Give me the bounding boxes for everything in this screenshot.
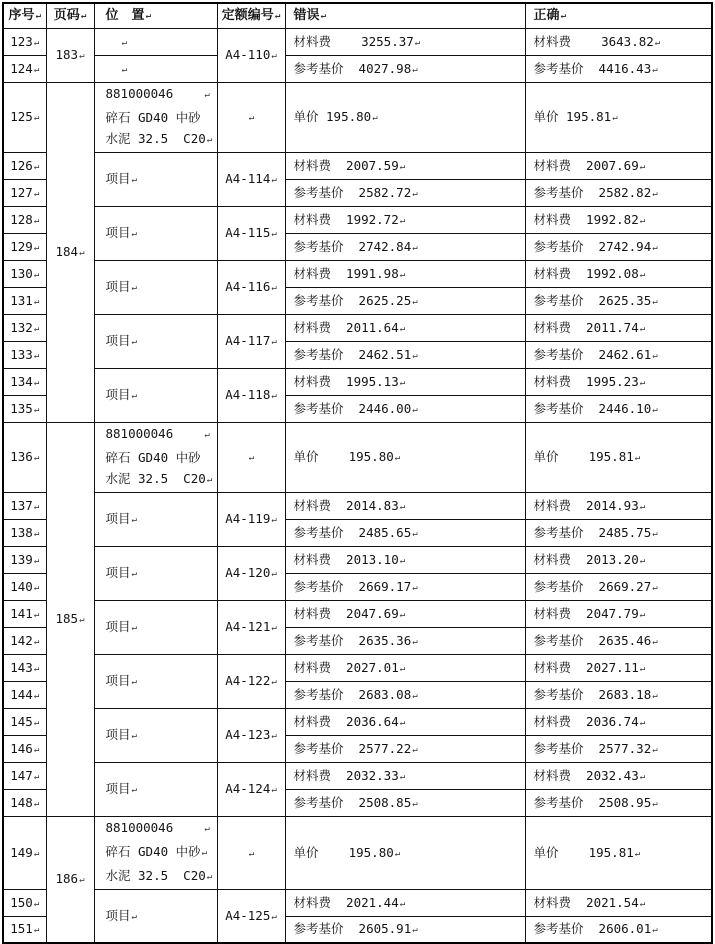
header-cell-seq: 序号↵ <box>3 3 46 28</box>
pilcrow-mark: ↵ <box>400 162 405 172</box>
cell-seq: 126↵ <box>3 152 46 179</box>
cell-line: 材料费 2047.79↵ <box>534 605 712 623</box>
cell-seq: 134↵ <box>3 368 46 395</box>
cell-cor: 参考基价 2582.82↵ <box>525 179 712 206</box>
cell-cor: 材料费 2032.43↵ <box>525 762 712 789</box>
cell-line: 材料费 2032.43↵ <box>534 767 712 785</box>
pilcrow-mark: ↵ <box>34 65 39 75</box>
cell-line: 185↵ <box>47 610 94 628</box>
cell-line: 143↵ <box>4 659 46 677</box>
table-header: 序号↵页码↵位 置↵定额编号↵错误↵正确↵ <box>3 3 712 28</box>
cell-code: A4-110↵ <box>217 28 285 82</box>
cell-line: 126↵ <box>4 157 46 175</box>
cell-line: A4-121↵ <box>218 618 285 636</box>
cell-line: 参考基价 2582.82↵ <box>534 184 712 202</box>
errata-table: 序号↵页码↵位 置↵定额编号↵错误↵正确↵ 123↵183↵ ↵A4-110↵材… <box>2 2 713 925</box>
cell-line: 碎石 GD40 中砂 <box>106 447 217 468</box>
table-row: 139↵项目↵A4-120↵材料费 2013.10↵材料费 2013.20↵ <box>3 546 712 573</box>
table-row: 149↵186↵881000046 ↵碎石 GD40 中砂↵水泥 32.5 C2… <box>3 816 712 889</box>
cell-seq: 143↵ <box>3 654 46 681</box>
cell-seq: 124↵ <box>3 55 46 82</box>
header-row: 序号↵页码↵位 置↵定额编号↵错误↵正确↵ <box>3 3 712 28</box>
pilcrow-mark: ↵ <box>34 216 39 226</box>
cell-line: 参考基价 2683.18↵ <box>534 686 712 704</box>
pilcrow-mark: ↵ <box>34 162 39 172</box>
pilcrow-mark: ↵ <box>34 189 39 199</box>
cell-seq: 135↵ <box>3 395 46 422</box>
pilcrow-mark: ↵ <box>372 113 377 123</box>
table-row: 123↵183↵ ↵A4-110↵材料费 3255.37↵材料费 3643.82… <box>3 28 712 55</box>
pilcrow-mark: ↵ <box>271 731 276 741</box>
cell-line: 参考基价 2485.75↵ <box>534 524 712 542</box>
cell-err: 参考基价 2625.25↵ <box>285 287 525 314</box>
cell-line: A4-124↵ <box>218 780 285 798</box>
cell-code: A4-116↵ <box>217 260 285 314</box>
cell-line: 147↵ <box>4 767 46 785</box>
cell-line: 材料费 1995.23↵ <box>534 373 712 391</box>
cell-line: 材料费 2011.74↵ <box>534 319 712 337</box>
pilcrow-mark: ↵ <box>122 65 127 75</box>
pilcrow-mark: ↵ <box>271 569 276 579</box>
pilcrow-mark: ↵ <box>271 51 276 61</box>
cell-line: 材料费 2007.69↵ <box>534 157 712 175</box>
pilcrow-mark: ↵ <box>640 610 645 620</box>
cell-err: 参考基价 2577.22↵ <box>285 735 525 762</box>
cell-line: 水泥 32.5 C20↵ <box>106 128 217 152</box>
pilcrow-mark: ↵ <box>132 337 137 347</box>
header-cell-page: 页码↵ <box>46 3 94 28</box>
cell-line: 单价 195.81↵ <box>534 448 712 466</box>
pilcrow-mark: ↵ <box>132 175 137 185</box>
cell-seq: 141↵ <box>3 600 46 627</box>
cell-line: 材料费 2014.93↵ <box>534 497 712 515</box>
cell-line: 131↵ <box>4 292 46 310</box>
cell-loc: 项目↵ <box>94 762 217 816</box>
pilcrow-mark: ↵ <box>400 610 405 620</box>
cell-line: A4-115↵ <box>218 224 285 242</box>
cell-err: 参考基价 2485.65↵ <box>285 519 525 546</box>
cell-err: 参考基价 2582.72↵ <box>285 179 525 206</box>
cell-cor: 材料费 2047.79↵ <box>525 600 712 627</box>
cell-line: 参考基价 2508.95↵ <box>534 794 712 812</box>
pilcrow-mark: ↵ <box>271 175 276 185</box>
cell-loc: 项目↵ <box>94 600 217 654</box>
cell-line: 881000046 ↵ <box>106 423 217 447</box>
pilcrow-mark: ↵ <box>34 529 39 539</box>
pilcrow-mark: ↵ <box>132 677 137 687</box>
cell-line: 材料费 2036.74↵ <box>534 713 712 731</box>
table-row: 128↵项目↵A4-115↵材料费 1992.72↵材料费 1992.82↵ <box>3 206 712 233</box>
cell-cor: 参考基价 2635.46↵ <box>525 627 712 654</box>
cell-line: A4-125↵ <box>218 907 285 925</box>
cell-line: 序号↵ <box>4 7 46 25</box>
pilcrow-mark: ↵ <box>412 637 417 647</box>
pilcrow-mark: ↵ <box>249 453 254 463</box>
pilcrow-mark: ↵ <box>412 243 417 253</box>
pilcrow-mark: ↵ <box>400 270 405 280</box>
cell-page: 185↵ <box>46 422 94 816</box>
pilcrow-mark: ↵ <box>275 11 280 21</box>
pilcrow-mark: ↵ <box>412 529 417 539</box>
cell-line: 881000046 ↵ <box>106 817 217 841</box>
cell-line: 参考基价 2669.27↵ <box>534 578 712 596</box>
pilcrow-mark: ↵ <box>412 799 417 809</box>
cell-line: 参考基价 2669.17↵ <box>294 578 525 596</box>
table-row: 134↵项目↵A4-118↵材料费 1995.13↵材料费 1995.23↵ <box>3 368 712 395</box>
cell-loc: ↵ <box>94 55 217 82</box>
table-row: 130↵项目↵A4-116↵材料费 1991.98↵材料费 1992.08↵ <box>3 260 712 287</box>
cell-line: 项目↵ <box>106 618 217 636</box>
cell-line: 材料费 2013.20↵ <box>534 551 712 569</box>
cell-line: 184↵ <box>47 243 94 261</box>
cell-code: A4-124↵ <box>217 762 285 816</box>
cell-cor: 材料费 3643.82↵ <box>525 28 712 55</box>
cell-code: A4-115↵ <box>217 206 285 260</box>
cell-cor: 参考基价 2683.18↵ <box>525 681 712 708</box>
cell-line: 137↵ <box>4 497 46 515</box>
pilcrow-mark: ↵ <box>34 583 39 593</box>
pilcrow-mark: ↵ <box>640 270 645 280</box>
cell-line: 正确↵ <box>534 7 712 25</box>
cell-cor: 参考基价 2669.27↵ <box>525 573 712 600</box>
pilcrow-mark: ↵ <box>655 38 660 48</box>
cell-line: 材料费 1992.82↵ <box>534 211 712 229</box>
cell-err: 材料费 2014.83↵ <box>285 492 525 519</box>
pilcrow-mark: ↵ <box>412 583 417 593</box>
cell-line: 材料费 2021.44↵ <box>294 894 525 912</box>
pilcrow-mark: ↵ <box>249 113 254 123</box>
pilcrow-mark: ↵ <box>561 11 566 21</box>
pilcrow-mark: ↵ <box>132 391 137 401</box>
pilcrow-mark: ↵ <box>34 502 39 512</box>
pilcrow-mark: ↵ <box>412 297 417 307</box>
pilcrow-mark: ↵ <box>34 270 39 280</box>
pilcrow-mark: ↵ <box>34 243 39 253</box>
cell-seq: 137↵ <box>3 492 46 519</box>
cell-seq: 145↵ <box>3 708 46 735</box>
cell-seq: 146↵ <box>3 735 46 762</box>
cell-line: 项目↵ <box>106 780 217 798</box>
cell-err: 材料费 1991.98↵ <box>285 260 525 287</box>
pilcrow-mark: ↵ <box>640 324 645 334</box>
cell-line: 参考基价 2582.72↵ <box>294 184 525 202</box>
cell-seq: 144↵ <box>3 681 46 708</box>
pilcrow-mark: ↵ <box>412 351 417 361</box>
cell-cor: 材料费 2014.93↵ <box>525 492 712 519</box>
cell-line: 材料费 1992.08↵ <box>534 265 712 283</box>
pilcrow-mark: ↵ <box>34 378 39 388</box>
cell-loc: ↵ <box>94 28 217 55</box>
cell-line: A4-114↵ <box>218 170 285 188</box>
pilcrow-mark: ↵ <box>412 65 417 75</box>
header-cell-cor: 正确↵ <box>525 3 712 28</box>
pilcrow-mark: ↵ <box>400 899 405 909</box>
cell-err: 单价 195.80↵ <box>285 422 525 492</box>
pilcrow-mark: ↵ <box>400 378 405 388</box>
pilcrow-mark: ↵ <box>321 11 326 21</box>
pilcrow-mark: ↵ <box>132 912 137 922</box>
pilcrow-mark: ↵ <box>79 615 84 625</box>
header-cell-code: 定额编号↵ <box>217 3 285 28</box>
cell-code: A4-120↵ <box>217 546 285 600</box>
cell-seq: 128↵ <box>3 206 46 233</box>
cell-cor: 参考基价 2508.95↵ <box>525 789 712 816</box>
pilcrow-mark: ↵ <box>202 848 207 858</box>
pilcrow-mark: ↵ <box>640 216 645 226</box>
pilcrow-mark: ↵ <box>271 623 276 633</box>
cell-line: 133↵ <box>4 346 46 364</box>
cell-line: 149↵ <box>4 844 46 862</box>
cell-line: 124↵ <box>4 60 46 78</box>
cell-line: 材料费 2036.64↵ <box>294 713 525 731</box>
cell-line: 项目↵ <box>106 224 217 242</box>
cell-page: 183↵ <box>46 28 94 82</box>
pilcrow-mark: ↵ <box>34 324 39 334</box>
cell-line: 参考基价 2635.46↵ <box>534 632 712 650</box>
pilcrow-mark: ↵ <box>34 610 39 620</box>
pilcrow-mark: ↵ <box>412 745 417 755</box>
pilcrow-mark: ↵ <box>34 38 39 48</box>
cell-line: 127↵ <box>4 184 46 202</box>
cell-err: 材料费 1995.13↵ <box>285 368 525 395</box>
pilcrow-mark: ↵ <box>207 872 212 882</box>
cell-err: 材料费 2047.69↵ <box>285 600 525 627</box>
cell-line: A4-120↵ <box>218 564 285 582</box>
pilcrow-mark: ↵ <box>34 405 39 415</box>
cell-code: A4-121↵ <box>217 600 285 654</box>
cell-loc: 项目↵ <box>94 546 217 600</box>
cell-line: A4-118↵ <box>218 386 285 404</box>
pilcrow-mark: ↵ <box>132 569 137 579</box>
header-cell-loc: 位 置↵ <box>94 3 217 28</box>
pilcrow-mark: ↵ <box>122 38 127 48</box>
pilcrow-mark: ↵ <box>395 849 400 859</box>
pilcrow-mark: ↵ <box>34 453 39 463</box>
cell-line: 参考基价 2462.61↵ <box>534 346 712 364</box>
cell-line: 材料费 2021.54↵ <box>534 894 712 912</box>
errata-document-page: 序号↵页码↵位 置↵定额编号↵错误↵正确↵ 123↵183↵ ↵A4-110↵材… <box>0 0 715 925</box>
pilcrow-mark: ↵ <box>652 189 657 199</box>
pilcrow-mark: ↵ <box>204 430 209 440</box>
cell-cor: 材料费 2021.54↵ <box>525 889 712 916</box>
cell-line: 参考基价 2742.84↵ <box>294 238 525 256</box>
cell-line: 单价 195.80↵ <box>294 844 525 862</box>
cell-err: 材料费 2036.64↵ <box>285 708 525 735</box>
cell-line: ↵ <box>106 33 217 51</box>
cell-line: 参考基价 2508.85↵ <box>294 794 525 812</box>
cell-err: 材料费 2021.44↵ <box>285 889 525 916</box>
cell-line: 定额编号↵ <box>218 7 285 25</box>
cell-err: 参考基价 2446.00↵ <box>285 395 525 422</box>
cell-cor: 材料费 1992.08↵ <box>525 260 712 287</box>
pilcrow-mark: ↵ <box>640 718 645 728</box>
pilcrow-mark: ↵ <box>34 351 39 361</box>
cell-line: 材料费 1995.13↵ <box>294 373 525 391</box>
cell-line: 单价 195.81↵ <box>534 108 712 126</box>
cell-line: A4-116↵ <box>218 278 285 296</box>
pilcrow-mark: ↵ <box>34 772 39 782</box>
cell-line: A4-122↵ <box>218 672 285 690</box>
pilcrow-mark: ↵ <box>652 691 657 701</box>
cell-line: 138↵ <box>4 524 46 542</box>
table-row: 143↵项目↵A4-122↵材料费 2027.01↵材料费 2027.11↵ <box>3 654 712 681</box>
pilcrow-mark: ↵ <box>34 297 39 307</box>
cell-line: 参考基价 2577.32↵ <box>534 740 712 758</box>
cell-seq: 150↵ <box>3 889 46 916</box>
cell-seq: 149↵ <box>3 816 46 889</box>
cell-line: 碎石 GD40 中砂 <box>106 107 217 128</box>
cell-line: 132↵ <box>4 319 46 337</box>
pilcrow-mark: ↵ <box>132 283 137 293</box>
cell-cor: 参考基价 2485.75↵ <box>525 519 712 546</box>
cell-line: 135↵ <box>4 400 46 418</box>
pilcrow-mark: ↵ <box>400 502 405 512</box>
cell-line: ↵ <box>218 844 285 862</box>
cell-line: ↵ <box>218 108 285 126</box>
cell-line: 单价 195.81↵ <box>534 844 712 862</box>
cell-cor: 单价 195.81↵ <box>525 422 712 492</box>
pilcrow-mark: ↵ <box>271 229 276 239</box>
cell-loc: 项目↵ <box>94 654 217 708</box>
pilcrow-mark: ↵ <box>412 189 417 199</box>
pilcrow-mark: ↵ <box>640 556 645 566</box>
cell-line: 项目↵ <box>106 726 217 744</box>
cell-line: 139↵ <box>4 551 46 569</box>
cell-line: 150↵ <box>4 894 46 912</box>
cell-seq: 147↵ <box>3 762 46 789</box>
pilcrow-mark: ↵ <box>79 875 84 885</box>
cell-line: 材料费 1992.72↵ <box>294 211 525 229</box>
cell-err: 单价 195.80↵ <box>285 816 525 889</box>
table-body: 123↵183↵ ↵A4-110↵材料费 3255.37↵材料费 3643.82… <box>3 28 712 925</box>
cell-cor: 材料费 2036.74↵ <box>525 708 712 735</box>
cell-line: 项目↵ <box>106 672 217 690</box>
cell-cor: 材料费 2027.11↵ <box>525 654 712 681</box>
cell-line: 146↵ <box>4 740 46 758</box>
pilcrow-mark: ↵ <box>81 11 86 21</box>
cell-code: A4-123↵ <box>217 708 285 762</box>
cell-line: A4-119↵ <box>218 510 285 528</box>
cell-line: 项目↵ <box>106 278 217 296</box>
cell-line: 145↵ <box>4 713 46 731</box>
pilcrow-mark: ↵ <box>400 556 405 566</box>
cell-loc: 881000046 ↵碎石 GD40 中砂↵水泥 32.5 C20↵ <box>94 816 217 889</box>
cell-line: 材料费 3255.37↵ <box>294 33 525 51</box>
pilcrow-mark: ↵ <box>132 515 137 525</box>
cell-line: 单价 195.80↵ <box>294 108 525 126</box>
pilcrow-mark: ↵ <box>79 51 84 61</box>
cell-line: 材料费 1991.98↵ <box>294 265 525 283</box>
cell-cor: 参考基价 4416.43↵ <box>525 55 712 82</box>
cell-cor: 参考基价 2742.94↵ <box>525 233 712 260</box>
cell-seq: 130↵ <box>3 260 46 287</box>
cell-err: 参考基价 2683.08↵ <box>285 681 525 708</box>
pilcrow-mark: ↵ <box>34 637 39 647</box>
pilcrow-mark: ↵ <box>652 243 657 253</box>
cell-code: A4-125↵ <box>217 889 285 925</box>
cell-line: 项目↵ <box>106 510 217 528</box>
pilcrow-mark: ↵ <box>652 65 657 75</box>
cell-line: 881000046 ↵ <box>106 83 217 107</box>
pilcrow-mark: ↵ <box>652 583 657 593</box>
cell-line: 材料费 2027.01↵ <box>294 659 525 677</box>
cell-line: 参考基价 2485.65↵ <box>294 524 525 542</box>
cell-line: 参考基价 2625.25↵ <box>294 292 525 310</box>
cell-line: 材料费 2047.69↵ <box>294 605 525 623</box>
cell-loc: 项目↵ <box>94 708 217 762</box>
cell-loc: 项目↵ <box>94 206 217 260</box>
cell-line: 参考基价 2462.51↵ <box>294 346 525 364</box>
pilcrow-mark: ↵ <box>640 772 645 782</box>
cell-code: A4-122↵ <box>217 654 285 708</box>
cell-loc: 881000046 ↵碎石 GD40 中砂水泥 32.5 C20↵ <box>94 422 217 492</box>
cell-cor: 材料费 2011.74↵ <box>525 314 712 341</box>
cell-page: 186↵ <box>46 816 94 925</box>
cell-line: 材料费 2014.83↵ <box>294 497 525 515</box>
cell-cor: 参考基价 2606.01↵ <box>525 916 712 925</box>
cell-line: 参考基价 2683.08↵ <box>294 686 525 704</box>
cell-err: 参考基价 2635.36↵ <box>285 627 525 654</box>
pilcrow-mark: ↵ <box>635 849 640 859</box>
cell-line: 水泥 32.5 C20↵ <box>106 468 217 492</box>
pilcrow-mark: ↵ <box>635 453 640 463</box>
cell-line: 材料费 2027.11↵ <box>534 659 712 677</box>
cell-line: 151↵ <box>4 920 46 925</box>
pilcrow-mark: ↵ <box>271 515 276 525</box>
cell-err: 材料费 2011.64↵ <box>285 314 525 341</box>
cell-line: 材料费 3643.82↵ <box>534 33 712 51</box>
cell-line: 参考基价 4416.43↵ <box>534 60 712 78</box>
pilcrow-mark: ↵ <box>204 90 209 100</box>
pilcrow-mark: ↵ <box>640 378 645 388</box>
pilcrow-mark: ↵ <box>207 475 212 485</box>
cell-line: 参考基价 2446.10↵ <box>534 400 712 418</box>
cell-seq: 148↵ <box>3 789 46 816</box>
cell-err: 参考基价 2508.85↵ <box>285 789 525 816</box>
cell-line: 单价 195.80↵ <box>294 448 525 466</box>
cell-seq: 131↵ <box>3 287 46 314</box>
cell-loc: 项目↵ <box>94 368 217 422</box>
pilcrow-mark: ↵ <box>79 248 84 258</box>
cell-line: 183↵ <box>47 46 94 64</box>
pilcrow-mark: ↵ <box>652 405 657 415</box>
cell-seq: 139↵ <box>3 546 46 573</box>
pilcrow-mark: ↵ <box>652 297 657 307</box>
cell-code: ↵ <box>217 422 285 492</box>
cell-line: 128↵ <box>4 211 46 229</box>
cell-line: 参考基价 2635.36↵ <box>294 632 525 650</box>
cell-line: 参考基价 2446.00↵ <box>294 400 525 418</box>
pilcrow-mark: ↵ <box>640 162 645 172</box>
pilcrow-mark: ↵ <box>271 337 276 347</box>
cell-line: 参考基价 2742.94↵ <box>534 238 712 256</box>
cell-cor: 参考基价 2462.61↵ <box>525 341 712 368</box>
cell-loc: 881000046 ↵碎石 GD40 中砂水泥 32.5 C20↵ <box>94 82 217 152</box>
pilcrow-mark: ↵ <box>271 677 276 687</box>
cell-line: 错误↵ <box>294 7 525 25</box>
cell-line: 碎石 GD40 中砂↵ <box>106 841 217 865</box>
pilcrow-mark: ↵ <box>400 772 405 782</box>
cell-line: 140↵ <box>4 578 46 596</box>
cell-code: A4-118↵ <box>217 368 285 422</box>
cell-cor: 单价 195.81↵ <box>525 82 712 152</box>
cell-loc: 项目↵ <box>94 152 217 206</box>
cell-err: 材料费 2013.10↵ <box>285 546 525 573</box>
cell-seq: 140↵ <box>3 573 46 600</box>
cell-line: 项目↵ <box>106 332 217 350</box>
cell-line: 136↵ <box>4 448 46 466</box>
cell-code: ↵ <box>217 82 285 152</box>
